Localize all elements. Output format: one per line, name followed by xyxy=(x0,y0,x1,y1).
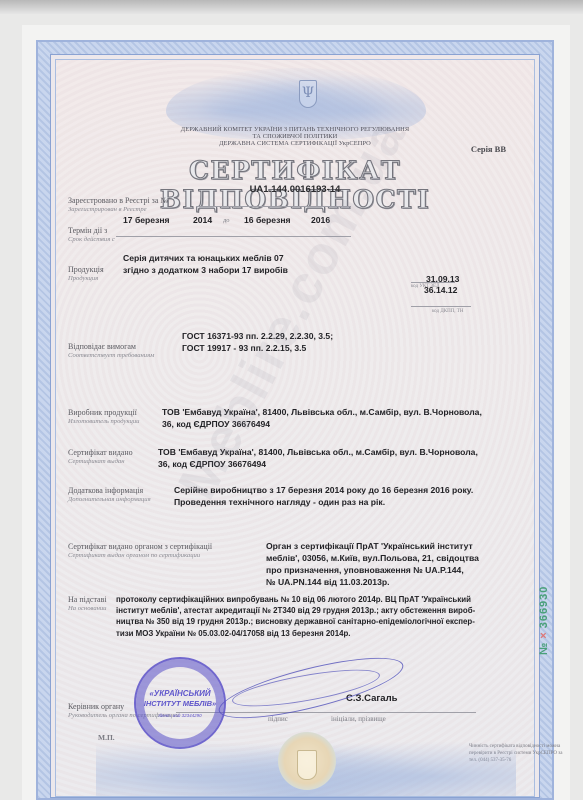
valid-from-day: 17 березня xyxy=(123,214,170,226)
name-caption: ініціали, прізвище xyxy=(331,715,386,723)
basis-label: На підставі На основании xyxy=(68,596,107,612)
product-line-1: Серія дитячих та юнацьких меблів 07 xyxy=(123,252,284,264)
issuing-body-line-4: № UA.PN.144 від 11.03.2013р. xyxy=(266,576,390,588)
certificate-frame: Ψ ДЕРЖАВНИЙ КОМІТЕТ УКРАЇНИ З ПИТАНЬ ТЕХ… xyxy=(36,40,554,800)
basis-text: протоколу сертифікаційних випробувань № … xyxy=(116,594,475,639)
manufacturer-label: Виробник продукції Изготовитель продукци… xyxy=(68,409,139,425)
valid-from-year: 2014 xyxy=(193,214,212,226)
product-code-line-2 xyxy=(411,306,471,307)
header-line-3: ДЕРЖАВНА СИСТЕМА СЕРТИФІКАЦІЇ УкрСЕПРО xyxy=(56,140,534,147)
issuing-body-label: Сертифікат видано органом з сертифікації… xyxy=(68,543,212,559)
header-line-2: ТА СПОЖИВЧОЇ ПОЛІТИКИ xyxy=(56,133,534,140)
registered-label: Зареєстровано в Реєстрі за № Зарегистрир… xyxy=(68,197,168,213)
product-code-label-2: код ДКПП, ТН xyxy=(432,309,463,314)
certificate-border: Ψ ДЕРЖАВНИЙ КОМІТЕТ УКРАЇНИ З ПИТАНЬ ТЕХ… xyxy=(50,54,540,798)
series-label: Серія ВВ xyxy=(471,144,506,154)
additional-label: Додаткова інформація Дополнительная инфо… xyxy=(68,487,151,503)
product-label: Продукція Продукция xyxy=(68,266,104,282)
product-line-2: згідно з додатком 3 набори 17 виробів xyxy=(123,264,288,276)
valid-to-label: до xyxy=(223,217,230,224)
requirements-label: Відповідає вимогам Соответствует требова… xyxy=(68,343,154,359)
certificate-number: UA1.144.0016193-14 xyxy=(56,184,534,195)
trident-icon: Ψ xyxy=(299,80,317,108)
valid-to-day: 16 березня xyxy=(244,214,291,226)
issuing-body-line-3: про призначення, уповноваження № UA.P.14… xyxy=(266,564,464,576)
hologram-shield-icon xyxy=(297,750,317,780)
signature-caption: підпис xyxy=(268,715,288,723)
certificate-body: Ψ ДЕРЖАВНИЙ КОМІТЕТ УКРАЇНИ З ПИТАНЬ ТЕХ… xyxy=(55,59,535,797)
photo-background xyxy=(0,0,583,14)
header-line-1: ДЕРЖАВНИЙ КОМІТЕТ УКРАЇНИ З ПИТАНЬ ТЕХНІ… xyxy=(56,126,534,133)
issuing-body-line-2: меблів', 03056, м.Київ, вул.Польова, 21,… xyxy=(266,552,479,564)
validity-label: Термін дії з Срок действия с xyxy=(68,227,115,243)
product-code-2: 36.14.12 xyxy=(424,284,457,296)
issuing-body-line-1: Орган з сертифікації ПрАТ 'Український і… xyxy=(266,540,473,552)
issued-to-label: Сертифікат видано Сертификат выдан xyxy=(68,449,133,465)
serial-number: №×366930 xyxy=(538,586,550,655)
